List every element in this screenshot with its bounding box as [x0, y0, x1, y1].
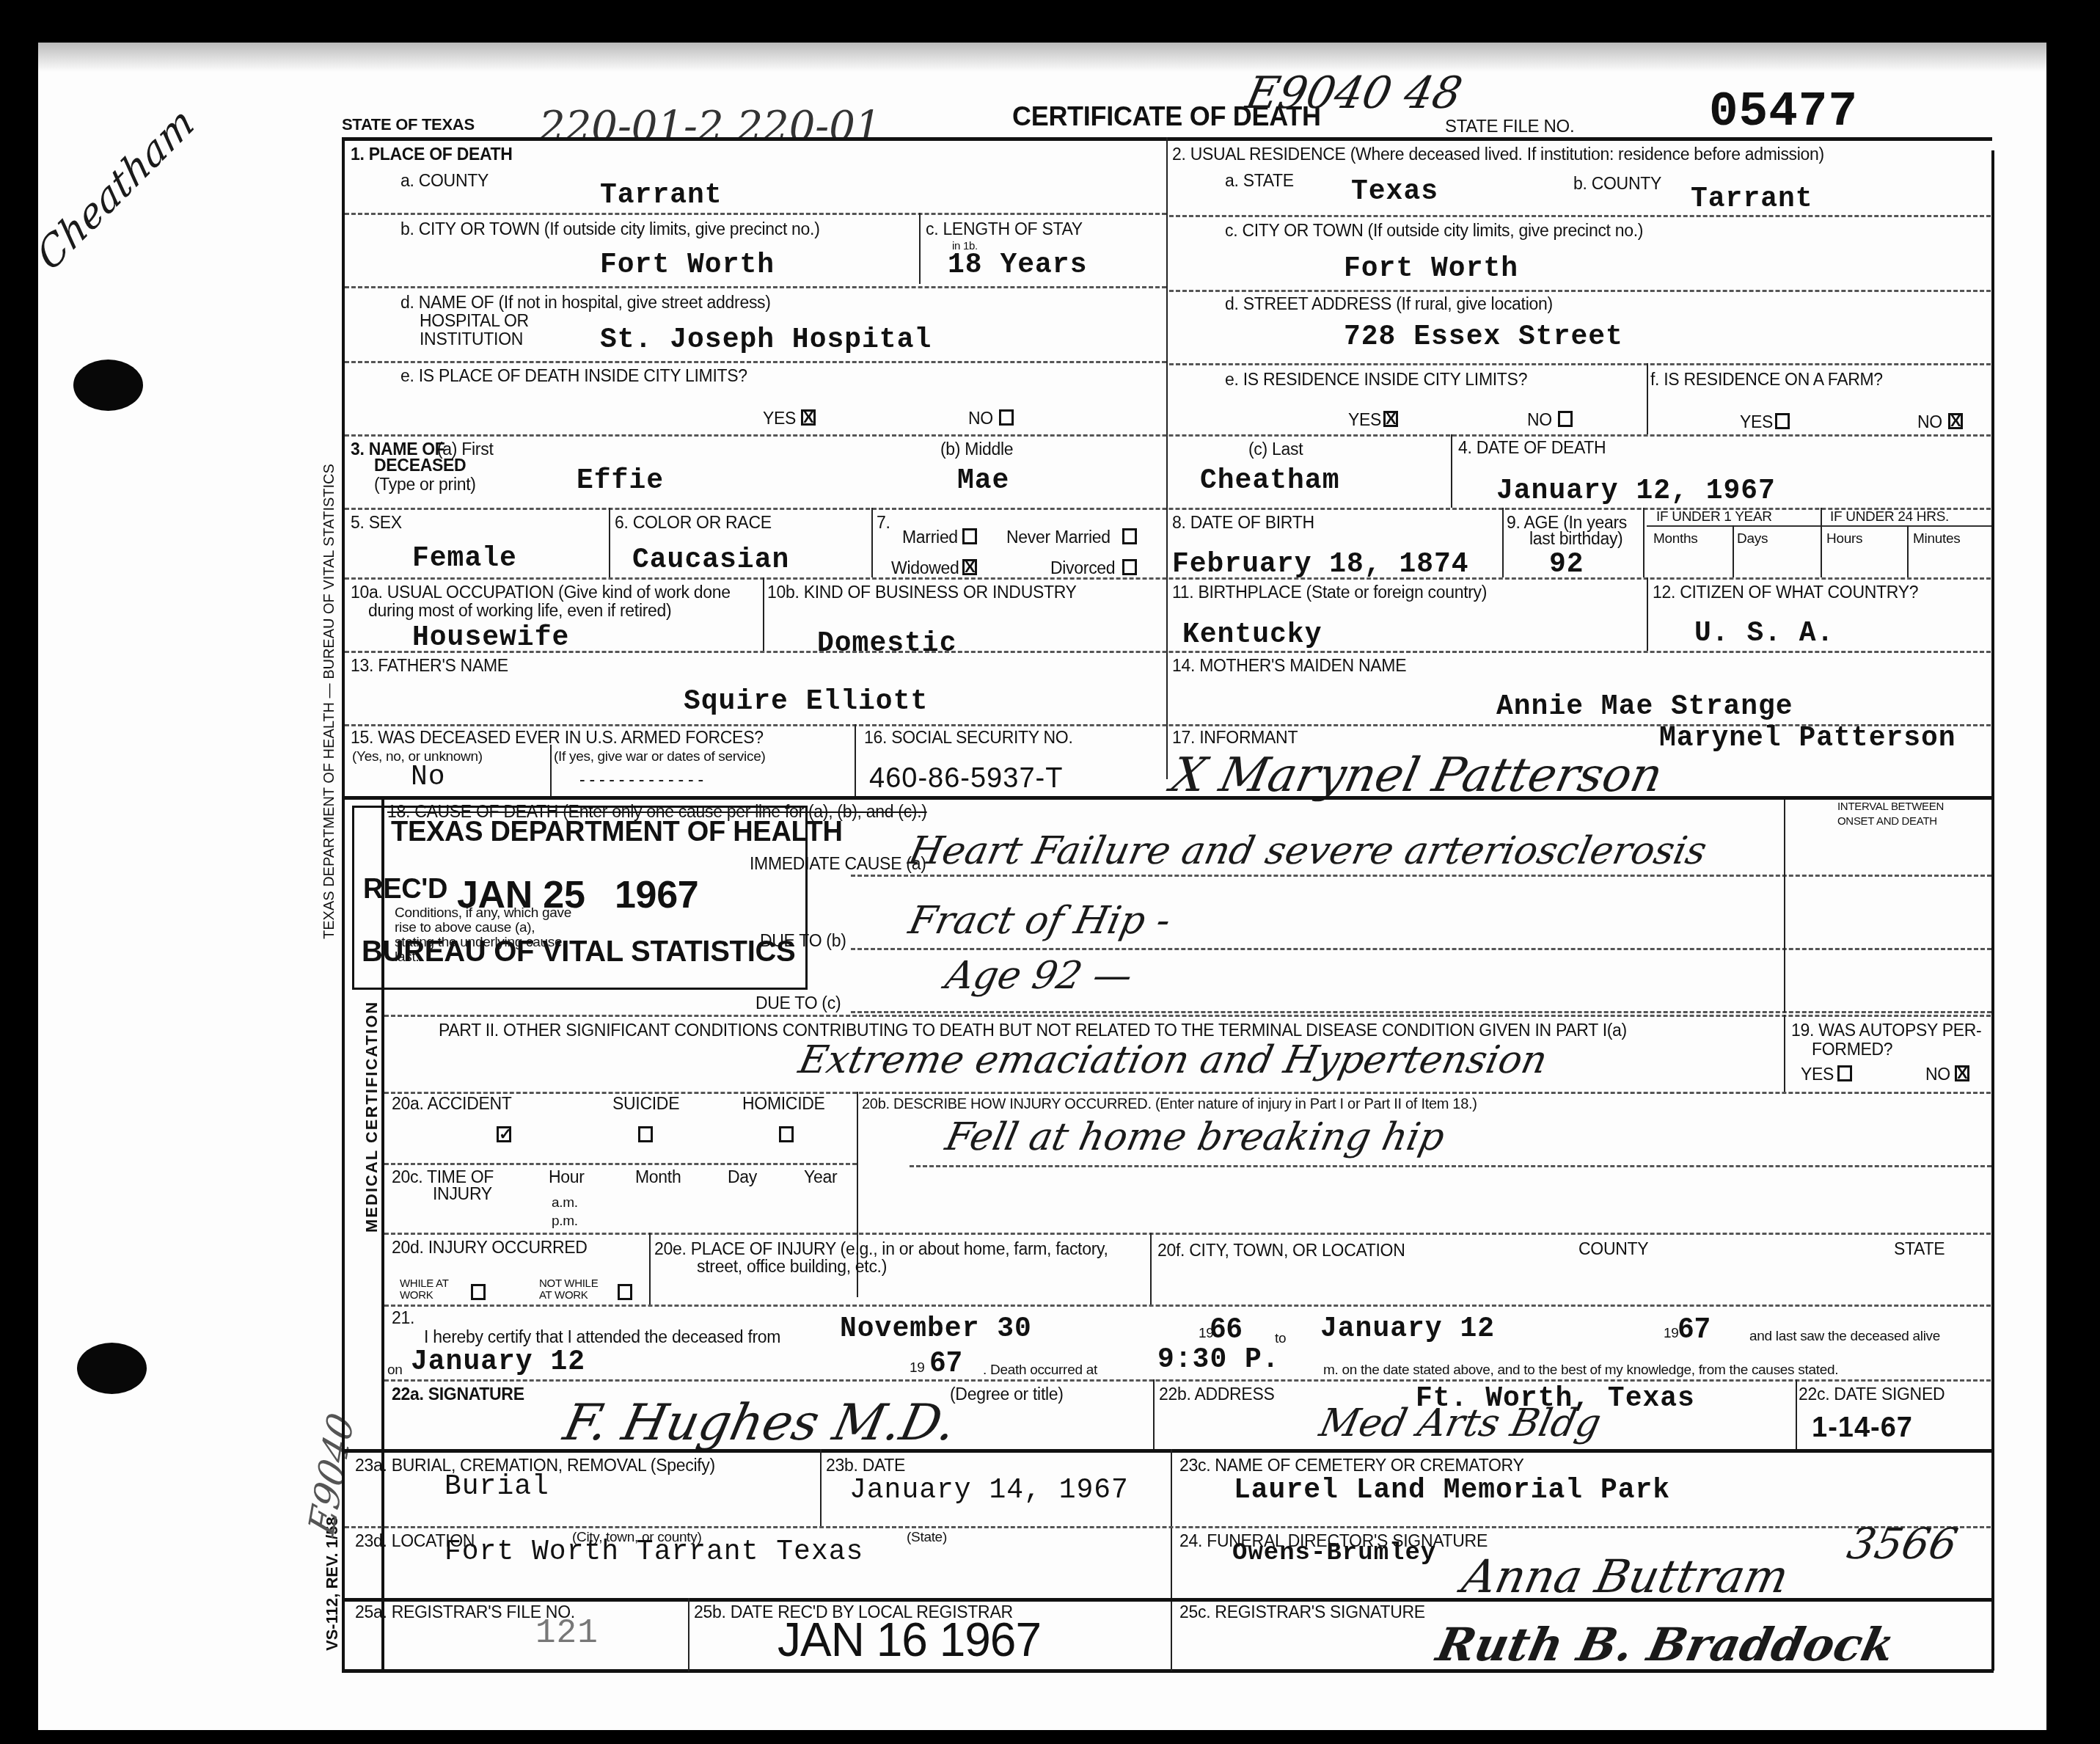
middle-name-label: (b) Middle [940, 440, 1013, 458]
stamp-year: 1967 [615, 875, 698, 916]
pod-hospital-label2: HOSPITAL OR [420, 312, 529, 329]
birthplace-value[interactable]: Kentucky [1182, 619, 1322, 651]
married-checkbox[interactable] [962, 528, 977, 544]
interval-label2: ONSET AND DEATH [1837, 816, 1937, 828]
date-signed-divider [1796, 1379, 1797, 1449]
industry-divider [763, 577, 764, 651]
autopsy-no-checkbox[interactable]: X [1955, 1065, 1969, 1081]
never-married-checkbox[interactable] [1122, 528, 1137, 544]
res-street-value[interactable]: 728 Essex Street [1344, 321, 1623, 353]
age-value[interactable]: 92 [1549, 549, 1584, 580]
am-label: a.m. [552, 1196, 578, 1211]
form-right-border [1991, 150, 1994, 1671]
cert-num-label: 21. [392, 1309, 414, 1327]
minutes-label: Minutes [1913, 532, 1960, 547]
row-divider [384, 1015, 1991, 1017]
autopsy-no-label: NO [1925, 1065, 1950, 1083]
pod-no-label: NO [968, 409, 993, 427]
accident-checkbox[interactable]: ✓ [497, 1126, 511, 1142]
signature-label: 22a. SIGNATURE [392, 1385, 524, 1403]
cause-b-value[interactable]: Fract of Hip - [905, 899, 1175, 943]
industry-label: 10b. KIND OF BUSINESS OR INDUSTRY [767, 583, 1077, 601]
citizen-value[interactable]: U. S. A. [1694, 618, 1834, 649]
registrar-file-value[interactable]: 121 [535, 1614, 599, 1652]
under-year-divider [1643, 508, 1644, 577]
res-city-value[interactable]: Fort Worth [1344, 253, 1518, 285]
part2-value[interactable]: Extreme emaciation and Hypertension [795, 1038, 1551, 1082]
armed-forces-label: 15. WAS DECEASED EVER IN U.S. ARMED FORC… [351, 729, 764, 746]
burial-date-divider [820, 1449, 822, 1526]
pod-county-label: a. COUNTY [400, 172, 489, 189]
county-injury-label: COUNTY [1578, 1240, 1648, 1258]
cause-c-value[interactable]: Age 92 — [942, 954, 1137, 998]
death-at-label: . Death occurred at [983, 1363, 1097, 1378]
dod-divider [1451, 434, 1452, 508]
pod-inside-yes-checkbox[interactable]: X [801, 409, 816, 426]
last-seen-date[interactable]: January 12 [411, 1346, 585, 1378]
autopsy-yes-checkbox[interactable] [1837, 1065, 1852, 1081]
res-inside-yes-checkbox[interactable]: X [1383, 411, 1398, 427]
row-divider [384, 1379, 1991, 1382]
city-injury-divider [1150, 1233, 1152, 1305]
funeral-number: 3566 [1843, 1519, 1962, 1569]
occupation-label: 10a. USUAL OCCUPATION (Give kind of work… [351, 583, 731, 601]
describe-label: 20b. DESCRIBE HOW INJURY OCCURRED. (Ente… [862, 1097, 1477, 1112]
res-county-label: b. COUNTY [1573, 175, 1661, 192]
row-divider [910, 1165, 1991, 1167]
section-divider [345, 796, 1992, 800]
dod-value[interactable]: January 12, 1967 [1496, 475, 1776, 507]
at-work-checkbox[interactable] [471, 1284, 486, 1300]
armed-value[interactable]: No [411, 762, 446, 793]
last-seen-year[interactable]: 67 [930, 1347, 962, 1379]
burial-date-value[interactable]: January 14, 1967 [849, 1475, 1129, 1506]
suicide-checkbox[interactable] [638, 1126, 653, 1142]
registrar-signature: Ruth B. Braddock [1432, 1618, 1899, 1671]
race-label: 6. COLOR OR RACE [615, 514, 772, 531]
day-label: Day [728, 1168, 757, 1186]
widowed-label: Widowed [891, 559, 959, 577]
place-injury-label: 20e. PLACE OF INJURY (e.g., in or about … [654, 1240, 1108, 1258]
armed-sub2: (If yes, give war or dates of service) [554, 750, 765, 765]
place-injury-label2: street, office building, etc.) [697, 1258, 887, 1275]
father-label: 13. FATHER'S NAME [351, 657, 508, 674]
part2-label: PART II. OTHER SIGNIFICANT CONDITIONS CO… [439, 1021, 1627, 1039]
time-injury-label: 20c. TIME OF [392, 1168, 494, 1186]
under-24-label: IF UNDER 24 HRS. [1830, 510, 1949, 525]
row-divider [1169, 215, 1991, 217]
mother-label: 14. MOTHER'S MAIDEN NAME [1172, 657, 1406, 674]
state-label: STATE OF TEXAS [342, 116, 475, 133]
homicide-checkbox[interactable] [779, 1126, 794, 1142]
location-value[interactable]: Fort Worth Tarrant Texas [444, 1536, 863, 1568]
due-to-c-label: DUE TO (c) [756, 994, 841, 1012]
not-at-work-label: NOT WHILE AT WORK [539, 1278, 605, 1302]
res-inside-no-checkbox[interactable] [1558, 411, 1573, 427]
row-divider [384, 1233, 1991, 1235]
attend-from-date[interactable]: November 30 [840, 1313, 1032, 1345]
pod-stay-value[interactable]: 18 Years [948, 249, 1087, 281]
dod-label: 4. DATE OF DEATH [1458, 439, 1606, 456]
under-divider [1647, 525, 1991, 527]
res-farm-yes-label: YES [1740, 413, 1773, 431]
hours-divider [1821, 508, 1822, 577]
row-divider [384, 1163, 857, 1165]
received-stamp: TEXAS DEPARTMENT OF HEALTH REC'D JAN 25 … [352, 806, 808, 990]
ssn-divider [855, 724, 856, 798]
pod-hospital-label3: INSTITUTION [420, 330, 523, 348]
age-label2: last birthday) [1529, 530, 1622, 547]
armed-dates-value[interactable]: - - - - - - - - - - - - - [579, 770, 703, 788]
name-label2: DECEASED [374, 456, 466, 474]
punch-hole-top [73, 360, 143, 411]
stamp-bureau: BUREAU OF VITAL STATISTICS [362, 936, 795, 967]
row-divider [345, 1526, 1991, 1528]
ssn-label: 16. SOCIAL SECURITY NO. [864, 729, 1073, 746]
address-handwritten: Med Arts Bldg [1316, 1401, 1606, 1445]
death-time[interactable]: 9:30 P. [1157, 1344, 1280, 1376]
cemetery-divider [1171, 1449, 1172, 1671]
stamp-department: TEXAS DEPARTMENT OF HEALTH [391, 818, 843, 847]
armed-divider [550, 745, 552, 798]
pod-city-value[interactable]: Fort Worth [600, 249, 775, 281]
informant-label: 17. INFORMANT [1172, 729, 1298, 746]
handwritten-codes: 220-01-2 220-01 [539, 103, 881, 150]
first-name-label: (a) First [437, 440, 494, 458]
form-left-border [342, 137, 345, 1671]
autopsy-label2: FORMED? [1812, 1040, 1892, 1058]
res-inside-limits-label: e. IS RESIDENCE INSIDE CITY LIMITS? [1225, 371, 1527, 388]
row-divider [1169, 363, 1991, 365]
state-file-label: STATE FILE NO. [1445, 117, 1574, 136]
row-divider [345, 651, 1991, 653]
under-year-label: IF UNDER 1 YEAR [1656, 510, 1772, 525]
row-divider [345, 361, 1166, 363]
dob-value[interactable]: February 18, 1874 [1172, 549, 1469, 580]
hours-label: Hours [1826, 532, 1862, 547]
city-injury-label: 20f. CITY, TOWN, OR LOCATION [1157, 1241, 1405, 1259]
attend-to-date[interactable]: January 12 [1320, 1313, 1495, 1345]
informant-signature: X Marynel Patterson [1166, 748, 1667, 803]
autopsy-label: 19. WAS AUTOPSY PER- [1791, 1021, 1981, 1039]
registrar-date-value[interactable]: JAN 16 1967 [778, 1613, 1041, 1667]
pod-inside-limits-label: e. IS PLACE OF DEATH INSIDE CITY LIMITS? [400, 367, 747, 384]
res-farm-no-checkbox[interactable]: X [1948, 413, 1963, 429]
marital-divider [871, 508, 873, 577]
date-signed-value[interactable]: 1-14-67 [1812, 1412, 1913, 1444]
cert-text2: and last saw the deceased alive [1749, 1329, 1940, 1344]
citizen-divider [1647, 577, 1648, 651]
pod-county-value[interactable]: Tarrant [600, 180, 722, 211]
state-file-number: 05477 [1709, 84, 1858, 139]
describe-value[interactable]: Fell at home breaking hip [942, 1115, 1449, 1159]
stamp-date: JAN 25 [457, 875, 585, 916]
funeral-signature: Anna Buttram [1457, 1550, 1793, 1603]
occupation-value[interactable]: Housewife [412, 622, 569, 654]
cause-c-line [851, 1011, 1991, 1013]
industry-value[interactable]: Domestic [817, 628, 956, 660]
row-divider [384, 1305, 1991, 1307]
address-divider [1153, 1379, 1155, 1449]
section-divider [345, 1449, 1992, 1453]
autopsy-yes-label: YES [1801, 1065, 1834, 1083]
pod-hospital-value[interactable]: St. Joseph Hospital [600, 324, 932, 356]
interval-divider [1784, 800, 1785, 1013]
married-label: Married [902, 528, 958, 546]
row-divider [345, 577, 1991, 580]
row-divider [345, 213, 1166, 215]
dob-label: 8. DATE OF BIRTH [1172, 514, 1314, 531]
pod-stay-label: c. LENGTH OF STAY [926, 220, 1083, 238]
date-signed-label: 22c. DATE SIGNED [1799, 1385, 1944, 1403]
registrar-date-divider [688, 1598, 689, 1671]
month-label: Month [635, 1168, 681, 1186]
pod-yes-label: YES [763, 409, 796, 427]
at-work-label: WHILE AT WORK [400, 1278, 458, 1302]
row-divider [1169, 290, 1991, 292]
pm-label: p.m. [552, 1214, 578, 1229]
res-no-label: NO [1527, 411, 1552, 428]
months-divider [1733, 525, 1734, 577]
burial-date-label: 23b. DATE [826, 1456, 905, 1474]
funeral-home-value[interactable]: Owens-Brumley [1232, 1539, 1436, 1567]
res-yes-label: YES [1348, 411, 1381, 428]
res-farm-label: f. IS RESIDENCE ON A FARM? [1650, 371, 1883, 388]
age-divider [1502, 508, 1504, 577]
widowed-checkbox[interactable]: X [962, 559, 977, 575]
cause-b-line [851, 948, 1991, 950]
cause-a-value[interactable]: Heart Failure and severe arteriosclerosi… [905, 829, 1711, 873]
column-divider-2 [1166, 508, 1168, 779]
first-name-value[interactable]: Effie [577, 465, 664, 497]
stamp-recd: REC'D [363, 875, 447, 905]
divorced-checkbox[interactable] [1122, 559, 1137, 575]
res-city-label: c. CITY OR TOWN (If outside city limits,… [1225, 222, 1643, 239]
res-county-value[interactable]: Tarrant [1691, 183, 1813, 215]
citizen-label: 12. CITIZEN OF WHAT COUNTRY? [1653, 583, 1918, 601]
year-label: Year [804, 1168, 837, 1186]
punch-hole-bottom [77, 1343, 147, 1394]
cause-a-line [851, 875, 1991, 877]
margin-medical-certification: MEDICAL CERTIFICATION [362, 1001, 381, 1233]
on-label: on [387, 1363, 403, 1378]
occupation-label2: during most of working life, even if ret… [368, 602, 671, 619]
sex-value[interactable]: Female [412, 543, 517, 574]
father-value[interactable]: Squire Elliott [684, 686, 928, 718]
pod-hospital-label: d. NAME OF (If not in hospital, give str… [400, 293, 771, 311]
registrar-signature-label: 25c. REGISTRAR'S SIGNATURE [1179, 1603, 1425, 1621]
race-divider [609, 508, 610, 577]
to-year-prefix: 19 [1664, 1327, 1679, 1341]
address-label: 22b. ADDRESS [1159, 1385, 1274, 1403]
never-married-label: Never Married [1006, 528, 1111, 546]
cemetery-value[interactable]: Laurel Land Memorial Park [1234, 1475, 1670, 1506]
cert-text3: m. on the date stated above, and to the … [1323, 1363, 1838, 1378]
last-name-value[interactable]: Cheatham [1200, 465, 1339, 497]
row-divider [345, 286, 1166, 288]
place-divider [649, 1233, 651, 1305]
time-injury-label2: INJURY [433, 1185, 492, 1203]
location-state-label: (State) [907, 1530, 947, 1545]
autopsy-divider [1784, 1015, 1785, 1092]
farm-divider [1647, 363, 1648, 434]
injury-occurred-label: 20d. INJURY OCCURRED [392, 1238, 588, 1256]
cert-text1: I hereby certify that I attended the dec… [424, 1328, 780, 1346]
mother-value[interactable]: Annie Mae Strange [1496, 691, 1793, 723]
marital-label: 7. [877, 514, 890, 531]
birthplace-label: 11. BIRTHPLACE (State or foreign country… [1172, 583, 1487, 601]
ssn-value[interactable]: 460-86-5937-T [869, 763, 1063, 795]
margin-department-text: TEXAS DEPARTMENT OF HEALTH — BUREAU OF V… [321, 464, 338, 939]
degree-label: (Degree or title) [950, 1385, 1064, 1403]
months-label: Months [1653, 532, 1698, 547]
name-label3: (Type or print) [374, 475, 476, 493]
last-seen-year-prefix: 19 [910, 1361, 925, 1376]
handwritten-file-ref: E9040 48 [1242, 68, 1467, 119]
scan-edge [38, 43, 2046, 72]
pod-inside-no-checkbox[interactable] [999, 409, 1014, 426]
attend-to-year[interactable]: 67 [1678, 1313, 1711, 1345]
race-value[interactable]: Caucasian [632, 544, 789, 576]
res-street-label: d. STREET ADDRESS (If rural, give locati… [1225, 295, 1553, 313]
not-at-work-checkbox[interactable] [618, 1284, 632, 1300]
res-state-label: a. STATE [1225, 172, 1294, 189]
suicide-label: SUICIDE [612, 1095, 679, 1112]
days-label: Days [1737, 532, 1768, 547]
stay-divider [919, 213, 921, 284]
row-divider [345, 434, 1991, 437]
last-name-label: (c) Last [1248, 440, 1303, 458]
minutes-divider [1907, 525, 1909, 577]
pod-city-label: b. CITY OR TOWN (If outside city limits,… [400, 220, 820, 238]
middle-name-value[interactable]: Mae [957, 465, 1009, 497]
place-of-death-label: 1. PLACE OF DEATH [351, 145, 513, 163]
cemetery-label: 23c. NAME OF CEMETERY OR CREMATORY [1179, 1456, 1524, 1474]
res-farm-no-label: NO [1917, 413, 1942, 431]
interval-label: INTERVAL BETWEEN [1837, 801, 1944, 813]
burial-value[interactable]: Burial [444, 1471, 549, 1503]
divorced-label: Divorced [1050, 559, 1115, 577]
state-injury-label: STATE [1894, 1240, 1944, 1258]
residence-label: 2. USUAL RESIDENCE (Where deceased lived… [1172, 145, 1824, 163]
homicide-label: HOMICIDE [742, 1095, 825, 1112]
sex-label: 5. SEX [351, 514, 402, 531]
res-farm-yes-checkbox[interactable] [1775, 413, 1790, 429]
res-state-value[interactable]: Texas [1351, 176, 1438, 208]
accident-label: 20a. ACCIDENT [392, 1095, 512, 1112]
informant-typed[interactable]: Marynel Patterson [1659, 723, 1956, 754]
section-divider [345, 1598, 1992, 1602]
hour-label: Hour [549, 1168, 585, 1186]
physician-signature: F. Hughes M.D. [559, 1394, 962, 1452]
attend-from-year[interactable]: 66 [1210, 1313, 1243, 1345]
